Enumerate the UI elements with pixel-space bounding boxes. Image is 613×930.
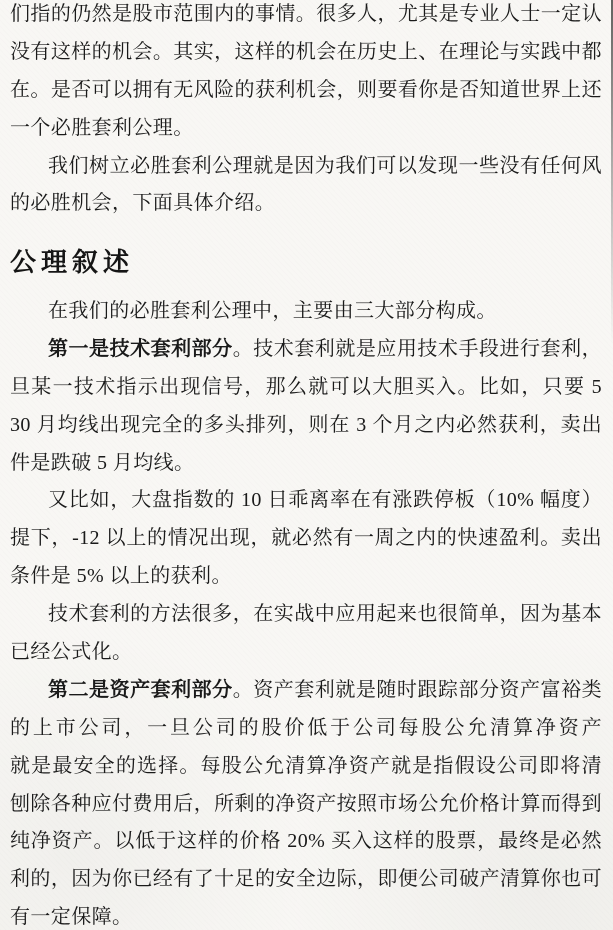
text-line: 条件是 5% 以上的获利。: [10, 558, 602, 596]
text-line: 已经公式化。: [10, 634, 602, 672]
text-line: 件是跌破 5 月均线。: [10, 445, 602, 483]
text-line: 们指的仍然是股市范围内的事情。很多人，尤其是专业人士一定认为: [10, 0, 602, 34]
text-line: 利的，因为你已经有了十足的安全边际，即便公司破产清算你也可以: [10, 861, 602, 899]
text-line: 就是最安全的选择。每股公允清算净资产就是指假设公司即将清算，: [10, 748, 602, 786]
text-line: 纯净资产。以低于这样的价格 20% 买入这样的股票，最终是必然获: [10, 823, 602, 861]
paragraphs-after-heading: 在我们的必胜套利公理中，主要由三大部分构成。 第一是技术套利部分。技术套利就是应…: [10, 293, 602, 930]
text-line: 我们树立必胜套利公理就是因为我们可以发现一些没有任何风险: [10, 148, 602, 186]
text-line: 的必胜机会，下面具体介绍。: [10, 185, 602, 223]
section-heading: 公理叙述: [10, 244, 134, 280]
text-line: 第二是资产套利部分。资产套利就是随时跟踪部分资产富裕类型: [10, 672, 602, 710]
text-line: 一个必胜套利公理。: [10, 110, 602, 148]
bold-run: 第二是资产套利部分: [48, 679, 233, 701]
text-line: 有一定保障。: [10, 899, 602, 930]
text-line: 提下，-12 以上的情况出现，就必然有一周之内的快速盈利。卖出: [10, 520, 602, 558]
text-line: 刨除各种应付费用后，所剩的净资产按照市场公允价格计算而得到的: [10, 786, 602, 824]
text-line: 在。是否可以拥有无风险的获利机会，则要看你是否知道世界上还有: [10, 72, 602, 110]
text-line: 第一是技术套利部分。技术套利就是应用技术手段进行套利，一: [10, 331, 602, 369]
text-line: 又比如，大盘指数的 10 日乖离率在有涨跌停板（10% 幅度）前: [10, 482, 602, 520]
text-line: 旦某一技术指示出现信号，那么就可以大胆买入。比如，只要 5 月、: [10, 369, 602, 407]
text-line: 30 月均线出现完全的多头排列，则在 3 个月之内必然获利，卖出条: [10, 407, 602, 445]
text-line: 在我们的必胜套利公理中，主要由三大部分构成。: [10, 293, 602, 331]
paragraphs-before-heading: 们指的仍然是股市范围内的事情。很多人，尤其是专业人士一定认为 没有这样的机会。其…: [10, 0, 602, 223]
bold-run: 第一是技术套利部分: [48, 338, 233, 360]
text-line: 技术套利的方法很多，在实战中应用起来也很简单，因为基本上: [10, 596, 602, 634]
text-line: 没有这样的机会。其实，这样的机会在历史上、在理论与实践中都存: [10, 34, 602, 72]
text-line: 的上市公司，一旦公司的股价低于公司每股公允清算净资产 20%，: [10, 710, 602, 748]
book-page: 们指的仍然是股市范围内的事情。很多人，尤其是专业人士一定认为 没有这样的机会。其…: [0, 0, 613, 930]
